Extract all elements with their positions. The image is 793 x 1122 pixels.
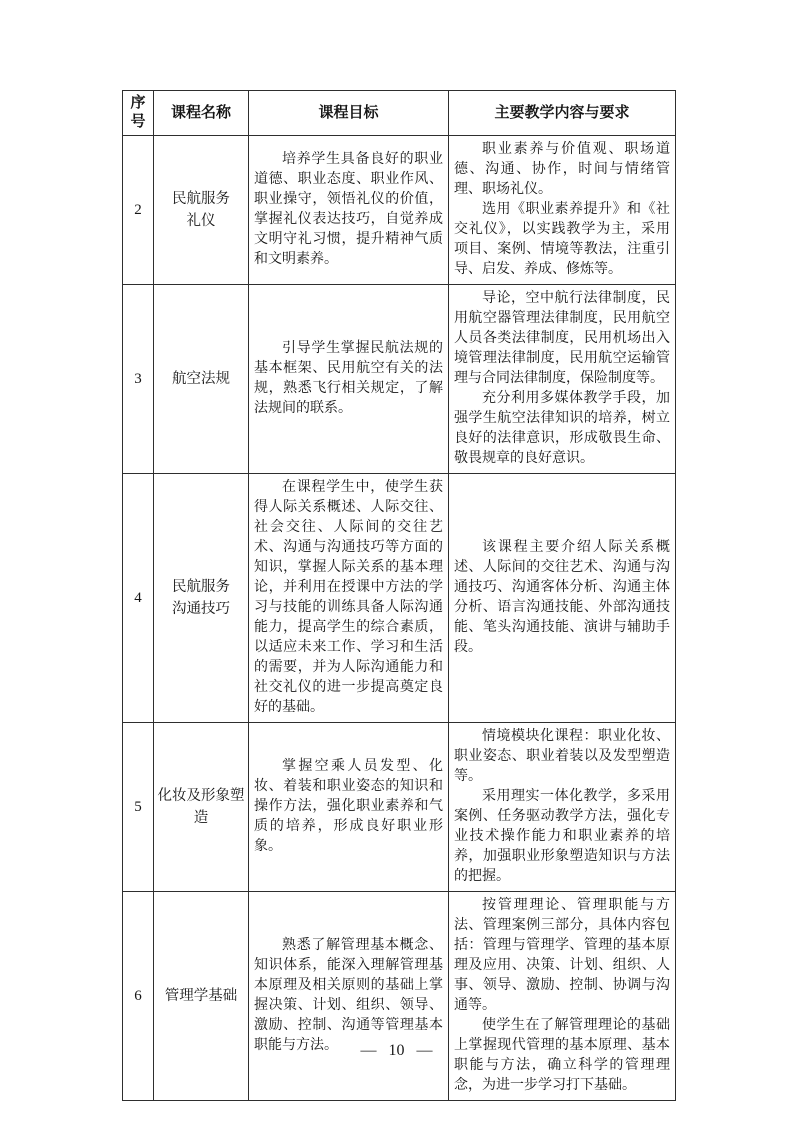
course-name-cell: 航空法规 xyxy=(154,285,249,474)
row-number: 2 xyxy=(134,202,142,218)
paragraph: 熟悉了解管理基本概念、知识体系，能深入理解管理基本原理及相关原则的基础上掌握决策… xyxy=(254,936,443,1056)
row-number-cell: 6 xyxy=(123,892,154,1101)
document-page: 序号 课程名称 课程目标 主要教学内容与要求 2 民航服务礼仪 培养学生具备良好… xyxy=(0,0,793,1122)
row-number: 5 xyxy=(134,799,142,815)
course-table: 序号 课程名称 课程目标 主要教学内容与要求 2 民航服务礼仪 培养学生具备良好… xyxy=(122,90,676,1101)
table-row: 5 化妆及形象塑造 掌握空乘人员发型、化妆、着装和职业姿态的知识和操作方法，强化… xyxy=(123,723,676,892)
row-number-cell: 3 xyxy=(123,285,154,474)
table-row: 3 航空法规 引导学生掌握民航法规的基本框架、民用航空有关的法规，熟悉飞行相关规… xyxy=(123,285,676,474)
paragraph: 培养学生具备良好的职业道德、职业态度、职业作风、职业操守，领悟礼仪的价值，掌握礼… xyxy=(254,150,443,270)
course-table-body: 2 民航服务礼仪 培养学生具备良好的职业道德、职业态度、职业作风、职业操守，领悟… xyxy=(123,136,676,1101)
table-header: 序号 课程名称 课程目标 主要教学内容与要求 xyxy=(123,91,676,136)
course-content-cell: 情境模块化课程：职业化妆、职业姿态、职业着装以及发型塑造等。采用理实一体化教学，… xyxy=(449,723,676,892)
course-objective-cell: 培养学生具备良好的职业道德、职业态度、职业作风、职业操守，领悟礼仪的价值，掌握礼… xyxy=(249,136,449,285)
course-name-line: 造 xyxy=(156,807,246,829)
course-content-cell: 按管理理论、管理职能与方法、管理案例三部分，具体内容包括：管理与管理学、管理的基… xyxy=(449,892,676,1101)
paragraph: 充分利用多媒体教学手段，加强学生航空法律知识的培养，树立良好的法律意识，形成敬畏… xyxy=(454,389,670,469)
row-number: 4 xyxy=(134,590,142,606)
table-row: 4 民航服务沟通技巧 在课程学生中，使学生获得人际关系概述、人际交往、社会交往、… xyxy=(123,474,676,723)
course-name-line: 化妆及形象塑 xyxy=(156,785,246,807)
paragraph: 采用理实一体化教学，多采用案例、任务驱动教学方法，强化专业技术操作能力和职业素养… xyxy=(454,787,670,887)
paragraph: 职业素养与价值观、职场道德、沟通、协作，时间与情绪管理、职场礼仪。 xyxy=(454,140,670,200)
course-objective-cell: 在课程学生中，使学生获得人际关系概述、人际交往、社会交往、人际间的交往艺术、沟通… xyxy=(249,474,449,723)
header-cell-objective: 课程目标 xyxy=(249,91,449,136)
course-content-cell: 导论，空中航行法律制度，民用航空器管理法律制度，民用航空人员各类法律制度，民用机… xyxy=(449,285,676,474)
paragraph: 在课程学生中，使学生获得人际关系概述、人际交往、社会交往、人际间的交往艺术、沟通… xyxy=(254,478,443,718)
page-footer: — 10 — xyxy=(0,1042,793,1060)
row-number-cell: 2 xyxy=(123,136,154,285)
paragraph: 选用《职业素养提升》和《社交礼仪》，以实践教学为主，采用项目、案例、情境等教法，… xyxy=(454,200,670,280)
paragraph: 情境模块化课程：职业化妆、职业姿态、职业着装以及发型塑造等。 xyxy=(454,727,670,787)
paragraph: 导论，空中航行法律制度，民用航空器管理法律制度，民用航空人员各类法律制度，民用机… xyxy=(454,289,670,389)
course-name-cell: 管理学基础 xyxy=(154,892,249,1101)
row-number-cell: 5 xyxy=(123,723,154,892)
course-name-line: 礼仪 xyxy=(156,210,246,232)
course-content-cell: 该课程主要介绍人际关系概述、人际间的交往艺术、沟通与沟通技巧、沟通客体分析、沟通… xyxy=(449,474,676,723)
course-objective-cell: 引导学生掌握民航法规的基本框架、民用航空有关的法规，熟悉飞行相关规定，了解法规间… xyxy=(249,285,449,474)
paragraph: 该课程主要介绍人际关系概述、人际间的交往艺术、沟通与沟通技巧、沟通客体分析、沟通… xyxy=(454,538,670,658)
table-row: 2 民航服务礼仪 培养学生具备良好的职业道德、职业态度、职业作风、职业操守，领悟… xyxy=(123,136,676,285)
course-objective-cell: 熟悉了解管理基本概念、知识体系，能深入理解管理基本原理及相关原则的基础上掌握决策… xyxy=(249,892,449,1101)
page-number: — 10 — xyxy=(361,1042,433,1059)
paragraph: 引导学生掌握民航法规的基本框架、民用航空有关的法规，熟悉飞行相关规定，了解法规间… xyxy=(254,339,443,419)
header-row: 序号 课程名称 课程目标 主要教学内容与要求 xyxy=(123,91,676,136)
paragraph: 掌握空乘人员发型、化妆、着装和职业姿态的知识和操作方法，强化职业素养和气质的培养… xyxy=(254,757,443,857)
course-name-line: 沟通技巧 xyxy=(156,598,246,620)
course-name-cell: 民航服务礼仪 xyxy=(154,136,249,285)
table-row: 6 管理学基础 熟悉了解管理基本概念、知识体系，能深入理解管理基本原理及相关原则… xyxy=(123,892,676,1101)
course-name-cell: 化妆及形象塑造 xyxy=(154,723,249,892)
row-number: 6 xyxy=(134,988,142,1004)
course-name-line: 民航服务 xyxy=(156,576,246,598)
course-name-line: 航空法规 xyxy=(156,368,246,390)
header-cell-course-name: 课程名称 xyxy=(154,91,249,136)
row-number-cell: 4 xyxy=(123,474,154,723)
course-objective-cell: 掌握空乘人员发型、化妆、着装和职业姿态的知识和操作方法，强化职业素养和气质的培养… xyxy=(249,723,449,892)
course-name-cell: 民航服务沟通技巧 xyxy=(154,474,249,723)
header-cell-no: 序号 xyxy=(123,91,154,136)
course-name-line: 民航服务 xyxy=(156,188,246,210)
course-name-line: 管理学基础 xyxy=(156,985,246,1007)
header-cell-content: 主要教学内容与要求 xyxy=(449,91,676,136)
course-content-cell: 职业素养与价值观、职场道德、沟通、协作，时间与情绪管理、职场礼仪。选用《职业素养… xyxy=(449,136,676,285)
row-number: 3 xyxy=(134,371,142,387)
paragraph: 按管理理论、管理职能与方法、管理案例三部分，具体内容包括：管理与管理学、管理的基… xyxy=(454,896,670,1016)
